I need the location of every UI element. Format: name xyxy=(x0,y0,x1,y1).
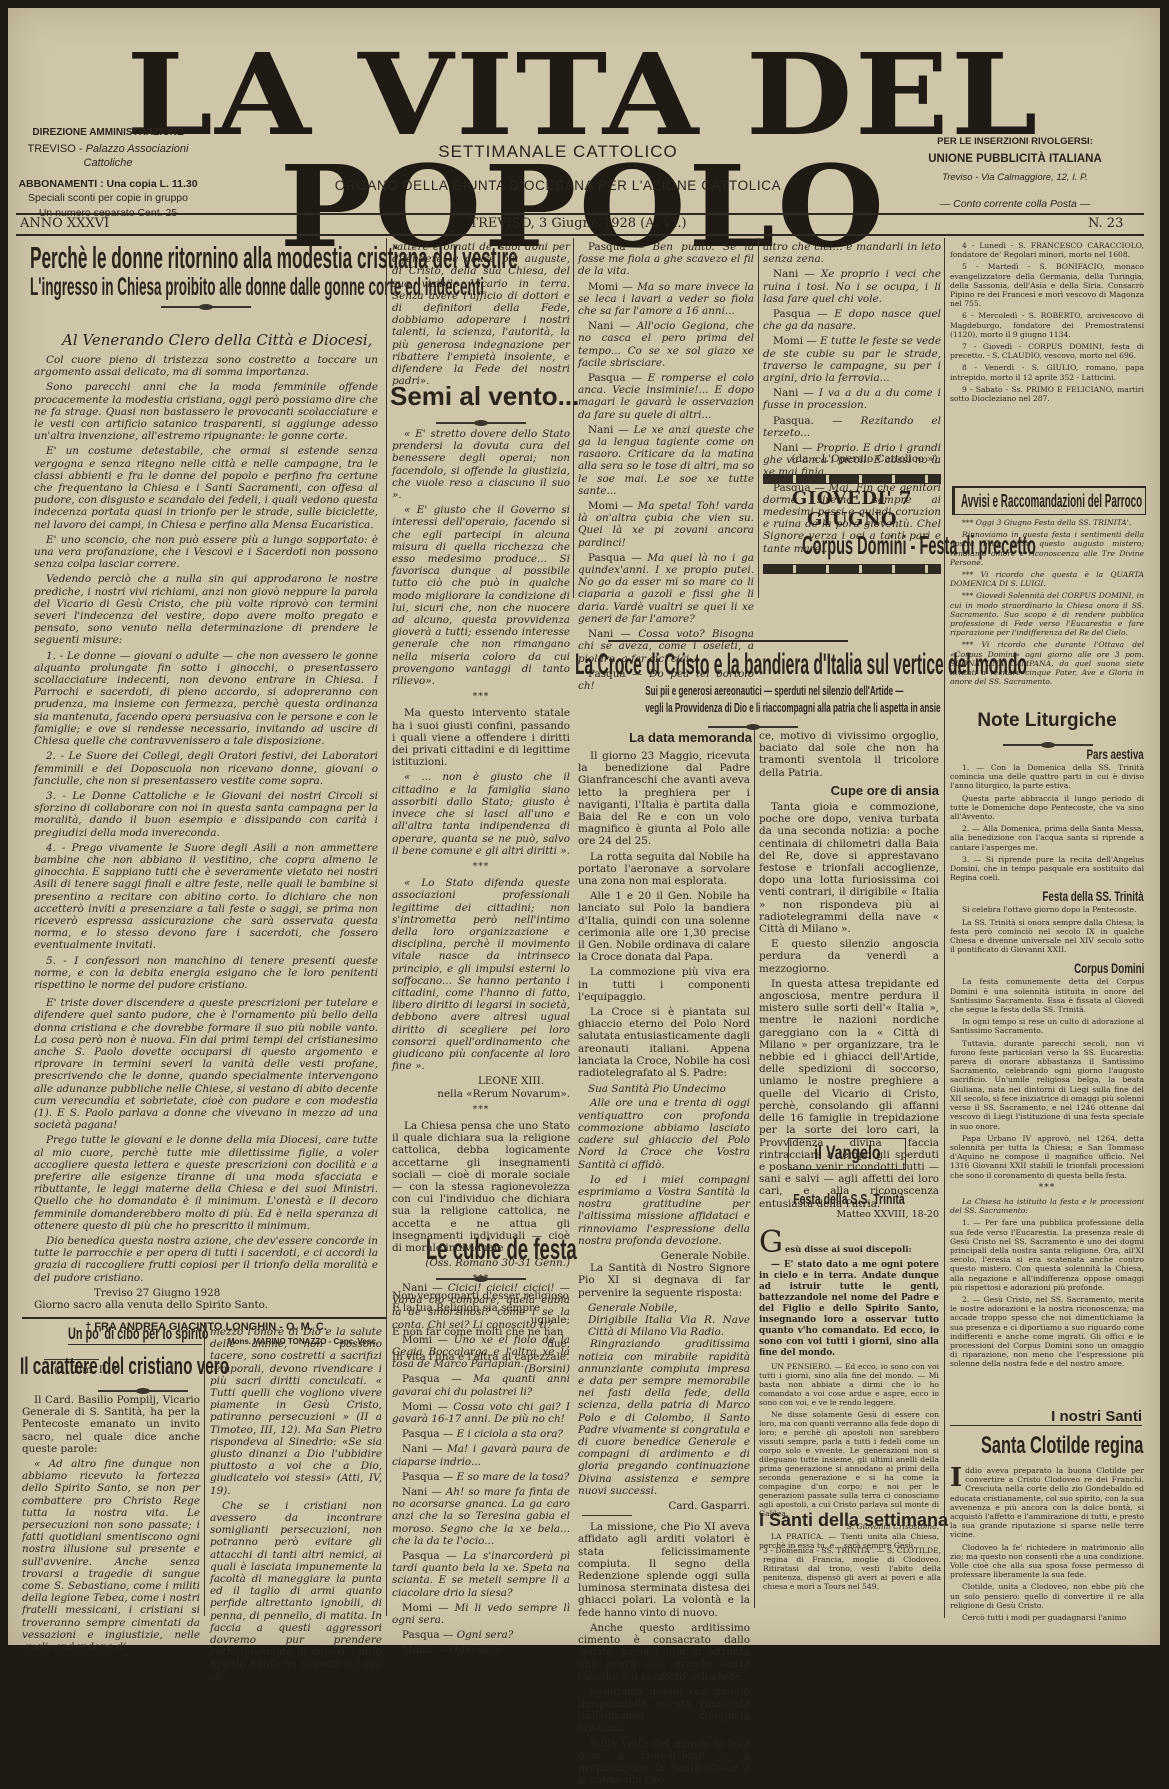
lead-paragraph: E' triste dover discendere a queste pres… xyxy=(34,997,378,1131)
issue-number: N. 23 xyxy=(1088,216,1123,231)
separator-stars: *** xyxy=(392,691,570,703)
vangelo-title-wrap: Festa della S.S. Trinità Matteo XXVIII, … xyxy=(759,1191,939,1220)
masthead-left: DIREZIONE AMMINISTRAZIONE TREVISO - Pala… xyxy=(8,126,208,220)
sconti: Speciali sconti per copie in gruppo xyxy=(8,191,208,205)
column-divider xyxy=(204,1322,205,1616)
decorative-band xyxy=(763,564,941,574)
dialogue-line: altro che cici... e mandarli in leto sen… xyxy=(763,241,941,265)
note-paragraph: 3. — Si riprende pure la recita dell'Ang… xyxy=(950,855,1144,883)
speaker: Momi — xyxy=(402,1602,449,1614)
speaker: Momi — xyxy=(588,281,633,293)
avvisi-list: *** Oggi 3 Giugno Festa della SS. TRINIT… xyxy=(950,518,1144,689)
lead-measure: 5. - I confessori non manchino di tenere… xyxy=(34,955,378,992)
dialogue-line: Momi — Uno xe el fiolo de la Gegia Bocca… xyxy=(392,1334,570,1371)
column-divider xyxy=(758,238,759,598)
croce-paragraph: Anche questo arditissimo cimento è consa… xyxy=(578,1622,750,1653)
dateline-rule xyxy=(16,234,1144,236)
note-body: Pars aestiva 1. — Con la Domenica della … xyxy=(950,746,1144,1372)
section-rule xyxy=(22,1317,386,1319)
vangelo-logo: il Vangelo xyxy=(788,1138,906,1170)
column-divider xyxy=(386,238,387,1616)
note-subhead: Pars aestiva xyxy=(1087,746,1144,763)
cibo-headline: Il carattere del cristiano vero xyxy=(20,1354,212,1380)
note-paragraph: Papa Urbano IV approvò, nel 1264, detta … xyxy=(950,1134,1144,1180)
note-paragraph: La SS. Trinità si onora sempre dalla Chi… xyxy=(950,918,1144,955)
dialogue-line: Momi — Ogni sera. xyxy=(392,1644,570,1653)
lead-measure: 2. - Le Suore dei Collegi, degli Oratori… xyxy=(34,750,378,787)
semi-quote: « ... non è giusto che il cittadino e la… xyxy=(392,771,570,856)
inserzioni-address: Treviso - Via Calmaggiore, 12, I. P. xyxy=(890,172,1140,185)
santi-item: 4 - Lunedì - S. FRANCESCO CARACCIOLO, fo… xyxy=(950,241,1144,259)
lead-paragraph: Vedendo perciò che a nulla sin qui appro… xyxy=(34,573,378,646)
speaker: Nani — xyxy=(588,628,631,640)
note-paragraph: Tuttavia, durante parecchi secoli, non v… xyxy=(950,1039,1144,1131)
note-subhead: Festa della SS. Trinità xyxy=(1043,888,1144,905)
telegram-text: Alle ore una e trenta di oggi ventiquatt… xyxy=(578,1097,750,1170)
line-text: E so mare de la tosa? xyxy=(457,1471,570,1483)
line-text: altro che cici... e mandarli in leto sen… xyxy=(763,241,941,265)
cibo-quote: Che se i cristiani non avessero da incon… xyxy=(210,1500,382,1653)
croce-subhead: La data memoranda xyxy=(582,730,752,745)
salutation: Al Venerando Clero della Città e Diocesi… xyxy=(62,330,378,350)
avvisi-headline: Avvisi e Raccomandazioni del Parroco xyxy=(961,488,1148,514)
note-paragraph: La festa comunemente detta del Corpus Do… xyxy=(950,977,1144,1014)
croce-paragraph: La missione, che Pio XI aveva affidato a… xyxy=(578,1521,750,1619)
line-text: Ogni sera? xyxy=(457,1629,514,1641)
unione-pubblicita: UNIONE PUBBLICITÀ ITALIANA xyxy=(890,152,1140,168)
cubie-headline-wrap: Le cubie de festa xyxy=(392,1233,570,1267)
croce-paragraph: Tanta gioia e commozione, poche ore dopo… xyxy=(759,801,939,935)
direzione-address: Palazzo Associazioni Cattoliche xyxy=(84,143,189,170)
note-paragraph: 1. — Per fare una pubblica professione d… xyxy=(950,1218,1144,1292)
dialogue-line: Pasqua — E i ciciola a sta ora? xyxy=(392,1428,570,1440)
line-text: Ogni sera. xyxy=(449,1644,503,1653)
note-paragraph: Questa parte abbraccia il lungo periodo … xyxy=(950,794,1144,822)
corpus-title: Corpus Domini - Festa di precetto xyxy=(802,530,902,560)
croce-headline: La Croce di Cristo e la bandiera d'Itali… xyxy=(575,648,945,682)
clotilde-paragraph: Cercò tutti i modi per guadagnarsi l'ani… xyxy=(950,1613,1144,1622)
cibo-col2: mezzo l'onore di Dio e la salute delle a… xyxy=(210,1326,382,1653)
dialogue-line: Pasqua. — Rezitando el terzeto... xyxy=(763,415,941,439)
nostri-santi-kicker: I nostri Santi xyxy=(950,1408,1142,1426)
dialogue-line: Momi — Ma speta! Toh! varda là on'altra … xyxy=(578,500,754,549)
speaker: Pasqua — xyxy=(588,372,642,384)
dialogue-line: Momi — Mi li vedo sempre lì ogni sera. xyxy=(392,1602,570,1626)
ornament xyxy=(436,1278,526,1280)
croce-headline-wrap: La Croce di Cristo e la bandiera d'Itali… xyxy=(575,648,945,716)
abbonamenti: ABBONAMENTI : Una copia L. 11.30 xyxy=(8,177,208,191)
clotilde-body: Iddio aveva preparato la buona Clotilde … xyxy=(950,1466,1144,1625)
decorative-band xyxy=(763,474,941,484)
ornament xyxy=(708,726,798,728)
dialogue-line: Pasqua — Ma quei là no i ga quindex'anni… xyxy=(578,552,754,625)
ornament xyxy=(98,1390,188,1392)
vangelo-reference: Matteo XXVIII, 18-20 xyxy=(759,1209,939,1220)
vangelo-text: — E' stato dato a me ogni potere in ciel… xyxy=(759,1256,939,1359)
cibo-col1: Il Card. Basilio Pompilj, Vicario Genera… xyxy=(22,1394,200,1653)
dialogue-line: Pasqua — E romperse el colo anca. Vecie … xyxy=(578,372,754,421)
semi-quote: « E' giusto che il Governo si interessi … xyxy=(392,504,570,687)
clotilde-paragraph: Clotilde, unita a Clodoveo, non ebbe più… xyxy=(950,1582,1144,1610)
speaker: Pasqua — xyxy=(402,1428,453,1440)
conto-corrente: — Conto corrente colla Posta — xyxy=(890,197,1140,211)
reply-address: Dirigibile Italia Via R. Nave Città di M… xyxy=(588,1314,750,1338)
corpus-box: GIOVEDI' 7 GIUGNO Corpus Domini - Festa … xyxy=(763,474,941,574)
pars-aestiva-wrap: Pars aestiva xyxy=(950,746,1144,763)
vangelo-intro: esù disse ai suoi discepoli: xyxy=(785,1245,912,1255)
direzione: DIREZIONE AMMINISTRAZIONE xyxy=(8,126,208,140)
dialogue-line: Nani — All'ocio Gegiona, che no casca el… xyxy=(578,320,754,369)
rule xyxy=(582,1515,632,1516)
note-paragraph: 2. — Gesù Cristo, nel SS. Sacramento, me… xyxy=(950,1295,1144,1369)
note-paragraph: 2. — Alla Domenica, prima della Santa Me… xyxy=(950,824,1144,852)
speaker: Nani — xyxy=(588,424,629,436)
cubie-source: (da « L'Operaio Cattolico »). xyxy=(763,453,941,465)
avviso: *** Giovedì Solennità del CORPUS DOMINI,… xyxy=(950,591,1144,637)
ornament xyxy=(436,422,526,424)
speaker: Momi — xyxy=(402,1644,446,1653)
avviso: *** Vi ricordo che questa è la QUARTA DO… xyxy=(950,570,1144,588)
dialogue-line: Pasqua — E dopo nasce quel che ga da nas… xyxy=(763,308,941,332)
vangelo-commentary: Ne disse solamente Gesù di essere con lo… xyxy=(759,1410,939,1518)
semi-quote: « E' stretto dovere dello Stato prenders… xyxy=(392,428,570,501)
speaker: Pasqua — xyxy=(402,1550,457,1562)
dialogue-line: Pasqua — La s'inarcorderà pì tardi quant… xyxy=(392,1550,570,1599)
separator-stars: *** xyxy=(950,1184,1144,1193)
clotilde-paragraph: ddio aveva preparato la buona Clotilde p… xyxy=(950,1466,1144,1539)
anno: ANNO XXXVI xyxy=(20,216,109,231)
clotilde-paragraph: Clodoveo la fe' richiedere in matrimonio… xyxy=(950,1543,1144,1580)
dialogue-line: Nani — Xe proprio i veci che ruina i tos… xyxy=(763,268,941,305)
croce-paragraph: La Santità di Nostro Signore Pio XI si d… xyxy=(578,1262,750,1299)
dialogue-line: Momi — E tutte le feste se vede de ste c… xyxy=(763,335,941,384)
cubie-headline: Le cubie de festa xyxy=(426,1233,536,1267)
santi-item: 9 - Sabato - Ss. PRIMO E FELICIANO, mart… xyxy=(950,385,1144,403)
semi-paragraph: Ma questo intervento statale ha i suoi g… xyxy=(392,707,570,768)
masthead-center: SETTIMANALE CATTOLICO ORGANO DELLA GIUNT… xyxy=(278,142,838,193)
speaker: Pasqua — xyxy=(402,1373,462,1385)
telegram-text: Io ed i miei compagni esprimiamo a Vostr… xyxy=(578,1174,750,1247)
lead-measure: 4. - Prego vivamente le Suore degli Asil… xyxy=(34,842,378,952)
speaker: Momi — xyxy=(588,500,633,512)
lead-article: Perchè le donne ritornino alla modestia … xyxy=(30,242,382,314)
clotilde-headline-wrap: Santa Clotilde regina xyxy=(950,1432,1144,1460)
note-headline: Note Liturgiche xyxy=(950,710,1144,732)
speaker: Nani — xyxy=(773,387,814,399)
section-rule xyxy=(608,640,848,642)
dropcap: G xyxy=(759,1230,783,1256)
telegram-signature: Generale Nobile. xyxy=(578,1250,750,1262)
cubie-col2: Pasqua — Ben pulito. Se la fosse me fiol… xyxy=(578,241,754,695)
dialogue-line: Nani — Ma! i gavarà paura de ciaparse in… xyxy=(392,1443,570,1467)
corpus-wrap: Corpus Domini xyxy=(950,960,1144,977)
lead-paragraph: Col cuore pieno di tristezza sono costre… xyxy=(34,354,378,378)
lead-paragraph: Sono parecchi anni che la moda femminile… xyxy=(34,381,378,442)
cibo-quote: « Ad altro fine dunque non abbiamo ricev… xyxy=(22,1458,200,1653)
speaker: Pasqua. — xyxy=(773,415,842,427)
cibo-quote: mezzo l'onore di Dio e la salute delle a… xyxy=(210,1326,382,1497)
lead-paragraph: E' un costume detestabile, che ormai si … xyxy=(34,445,378,530)
cibo-kicker-wrap: Un po' di cibo per lo spirito xyxy=(68,1324,202,1345)
lead-paragraph: E' uno sconcio, che non può essere più a… xyxy=(34,534,378,571)
croce-paragraph: La Croce si è piantata sul ghiaccio eter… xyxy=(578,1006,750,1079)
masthead-right: PER LE INSERZIONI RIVOLGERSI: UNIONE PUB… xyxy=(890,136,1140,211)
santi-item: 5 - Martedì - S. BONIFACIO, monaco evang… xyxy=(950,262,1144,308)
dialogue-line: Momi — Cossa voto chi gai? I gavarà 16-1… xyxy=(392,1401,570,1425)
column-divider xyxy=(944,238,945,1618)
dialogue-line: Pasqua — Ma quanti anni gavarai chi du p… xyxy=(392,1373,570,1397)
speaker: Pasqua — xyxy=(773,308,828,320)
organ-line: ORGANO DELLA GIUNTA DIOCESANA PER L'AZIO… xyxy=(278,178,838,193)
reply-addressee: Generale Nobile, xyxy=(588,1302,750,1314)
cibo-paragraph: Il Card. Basilio Pompilj, Vicario Genera… xyxy=(22,1394,200,1455)
croce-deck: Sui pii e generosi aereonautici — sperdu… xyxy=(645,682,874,699)
dateline: TREVISO, 3 Giugno 1928 (A. VI.) xyxy=(428,216,728,231)
dialogue-line: Pasqua — Ogni sera? xyxy=(392,1629,570,1641)
lead-body: Al Venerando Clero della Città e Diocesi… xyxy=(34,330,378,1376)
speaker: Nani — xyxy=(773,268,815,280)
semi-headline: Semi al vento... xyxy=(390,381,579,412)
dialogue-line: Nani — Le xe anzi queste che ga la lengu… xyxy=(578,424,754,497)
semi-leadin: rattere e ornati de' suoi doni per difen… xyxy=(392,241,570,387)
newspaper-page: LA VITA DEL POPOLO DIREZIONE AMMINISTRAZ… xyxy=(8,8,1160,1645)
note-subhead: Corpus Domini xyxy=(1074,960,1144,977)
trinita-wrap: Festa della SS. Trinità xyxy=(950,888,1144,905)
croce-paragraph: Alle 1 e 20 il Gen. Nobile ha lanciato s… xyxy=(578,890,750,963)
dialogue-line: Nani — Ah! so mare fa finta de no acorsa… xyxy=(392,1486,570,1547)
speaker: Momi — xyxy=(402,1401,448,1413)
semi-signature: LEONE XIII. xyxy=(452,1075,570,1087)
croce-paragraph: ce, motivo di vivissimo orgoglio, baciat… xyxy=(759,730,939,779)
santi-list: 4 - Lunedì - S. FRANCESCO CARACCIOLO, fo… xyxy=(950,241,1144,406)
note-paragraph: La Chiesa ha istituito la festa e le pro… xyxy=(950,1197,1144,1215)
note-paragraph: Si celebra l'ottavo giorno dopo la Pente… xyxy=(950,905,1144,914)
croce-paragraph: In questa attesa trepidante ed angoscios… xyxy=(759,978,939,1210)
lead-paragraph: Dio benedica questa nostra azione, che d… xyxy=(34,1235,378,1284)
croce-paragraph: E questo silenzio angoscia perdura da ve… xyxy=(759,938,939,975)
dialogue-line: Nani — I va a du a du come i fusse in pr… xyxy=(763,387,941,411)
lead-measure: 3. - Le Donne Cattoliche e le Giovani de… xyxy=(34,790,378,839)
santi-item-first: 3 - Domenica - SS. TRINITA'. — S. CLOTIL… xyxy=(763,1546,941,1591)
subtitle: SETTIMANALE CATTOLICO xyxy=(278,142,838,162)
lead-headline: Perchè le donne ritornino alla modestia … xyxy=(30,242,382,274)
dialogue-line: Pasqua — Ben pulito. Se la fosse me fiol… xyxy=(578,241,754,278)
column-divider xyxy=(573,238,574,598)
vangelo-logo-text: il Vangelo xyxy=(814,1139,881,1169)
croce-deck: vegli la Provvidenza di Dio e li riaccom… xyxy=(645,699,874,716)
vangelo-body: Gesù disse ai suoi discepoli: — E' stato… xyxy=(759,1230,939,1553)
santi-item: 6 - Mercoledì - S. ROBERTO, arcivescovo … xyxy=(950,311,1144,339)
speaker: Pasqua — xyxy=(588,241,644,253)
speaker: Momi — xyxy=(773,335,817,347)
lead-measure: 1. - Le donne — giovani o adulte — che n… xyxy=(34,650,378,748)
semi-quote: « Lo Stato difenda queste associazioni p… xyxy=(392,877,570,1072)
santi-item: 8 - Venerdì - S. GIULIO, romano, papa in… xyxy=(950,363,1144,381)
croce-col1: Il giorno 23 Maggio, ricevuta la benediz… xyxy=(578,750,750,1653)
vangelo-title: Festa della S.S. Trinità xyxy=(786,1191,912,1209)
speaker: Nani — xyxy=(402,1282,443,1294)
speaker: Momi — xyxy=(402,1334,448,1346)
separator-stars: *** xyxy=(392,861,570,873)
cubie-col1: Nani — Cicici! cicici! cicici! — Varda c… xyxy=(392,1282,570,1653)
lead-place-date: Treviso 27 Giugno 1928 xyxy=(94,1287,378,1299)
column-divider xyxy=(754,728,755,1608)
dropcap: I xyxy=(950,1466,962,1490)
avviso: Rinnoviamo in questa festa i sentimenti … xyxy=(950,530,1144,567)
clotilde-headline: Santa Clotilde regina xyxy=(981,1432,1113,1460)
vangelo-pensiero: UN PENSIERO. — Ed ecco, io sono con voi … xyxy=(759,1362,939,1407)
lead-day-note: Giorno sacro alla venuta dello Spirito S… xyxy=(34,1299,378,1311)
croce-paragraph: La rotta seguita dal Nobile ha portato l… xyxy=(578,851,750,888)
ornament xyxy=(161,306,251,308)
santi-item: 7 - Giovedì - CORPUS DOMINI, festa di pr… xyxy=(950,342,1144,360)
telegram-addressee: Sua Santità Pio Undecimo xyxy=(588,1083,750,1095)
masthead-rule xyxy=(16,213,1144,215)
speaker: Pasqua — xyxy=(402,1629,453,1641)
speaker: Nani — xyxy=(402,1486,442,1498)
cibo-kicker: Un po' di cibo per lo spirito xyxy=(68,1324,202,1344)
croce-subhead: Cupe ore di ansia xyxy=(759,785,939,797)
note-paragraph: In ogni tempo si rese un culto di adoraz… xyxy=(950,1017,1144,1035)
inserzioni: PER LE INSERZIONI RIVOLGERSI: xyxy=(890,136,1140,149)
lead-paragraph: Prego tutte le giovani e le donne della … xyxy=(34,1134,378,1232)
separator-stars: *** xyxy=(392,1104,570,1116)
lead-subhead: L'ingresso in Chiesa proibito alle donne… xyxy=(30,274,382,300)
reply-signature: Card. Gasparri. xyxy=(578,1500,750,1512)
note-paragraph: 1. — Con la Domenica della SS. Trinità c… xyxy=(950,763,1144,791)
croce-paragraph: Il giorno 23 Maggio, ricevuta la benediz… xyxy=(578,750,750,848)
avvisi-headline-box: Avvisi e Raccomandazioni del Parroco xyxy=(952,486,1146,515)
speaker: Pasqua — xyxy=(402,1471,453,1483)
croce-paragraph: La commozione più viva era in tutti i co… xyxy=(578,966,750,1003)
corpus-date: GIOVEDI' 7 GIUGNO xyxy=(763,488,941,530)
reply-text: Ringraziando graditissima notizia con mi… xyxy=(578,1338,750,1497)
line-text: E i ciciola a sta ora? xyxy=(457,1428,563,1440)
dialogue-line: Momi — Ma so mare invece la se leca i la… xyxy=(578,281,754,318)
avviso: *** Vi ricordo che durante l'Ottava del … xyxy=(950,640,1144,686)
avviso: *** Oggi 3 Giugno Festa della SS. TRINIT… xyxy=(950,518,1144,527)
speaker: Nani — xyxy=(402,1443,442,1455)
semi-source: nella «Rerum Novarum». xyxy=(392,1088,570,1100)
dialogue-line: Nani — Cicici! cicici! cicici! — Varda c… xyxy=(392,1282,570,1331)
santi-headline: I Santi della settimana xyxy=(759,1510,941,1531)
direzione-city: TREVISO - xyxy=(28,143,86,155)
speaker: Pasqua — xyxy=(588,552,642,564)
speaker: Nani — xyxy=(588,320,630,332)
dialogue-line: Pasqua — E so mare de la tosa? xyxy=(392,1471,570,1483)
